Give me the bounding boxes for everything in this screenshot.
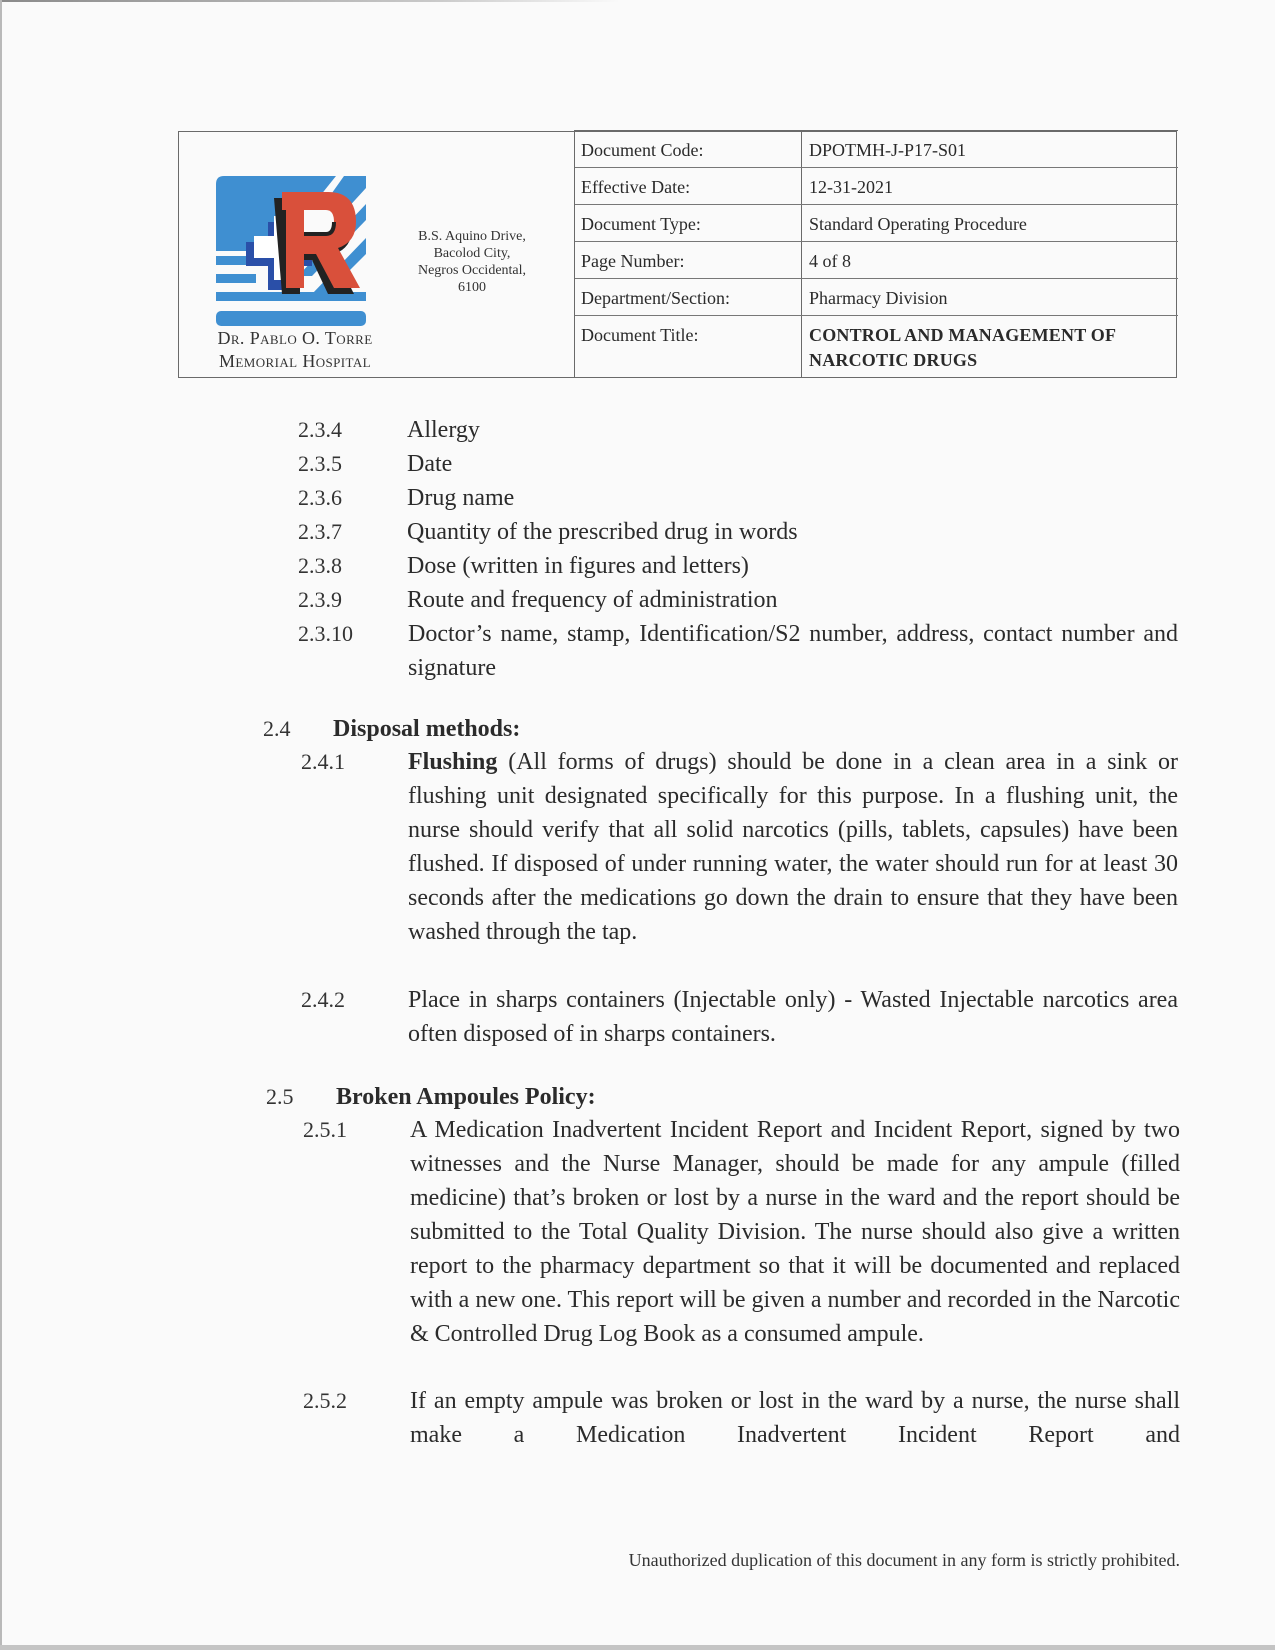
hospital-name: Dr. Pablo O. Torre Memorial Hospital xyxy=(185,327,405,373)
item-number: 2.3.6 xyxy=(298,481,342,515)
paragraph-text: (All forms of drugs) should be done in a… xyxy=(408,749,1178,945)
paragraph-sharps: Place in sharps containers (Injectable o… xyxy=(408,983,1178,1051)
section-number: 2.5 xyxy=(266,1080,294,1114)
meta-label: Document Code: xyxy=(575,131,802,167)
paragraph-flushing: Flushing (All forms of drugs) should be … xyxy=(408,745,1178,949)
item-number: 2.3.8 xyxy=(298,549,342,583)
meta-row-document-type: Document Type: Standard Operating Proced… xyxy=(575,205,1178,242)
meta-row-document-title: Document Title: CONTROL AND MANAGEMENT O… xyxy=(575,316,1178,378)
meta-value: 12-31-2021 xyxy=(802,168,1178,204)
meta-row-document-code: Document Code: DPOTMH-J-P17-S01 xyxy=(575,130,1178,168)
list-item: Quantity of the prescribed drug in words xyxy=(407,515,798,549)
section-heading: Broken Ampoules Policy: xyxy=(336,1080,596,1114)
list-item: Doctor’s name, stamp, Identification/S2 … xyxy=(408,617,1178,685)
paragraph-lead: Flushing xyxy=(408,749,497,775)
list-item: Route and frequency of administration xyxy=(407,583,778,617)
list-item: Dose (written in figures and letters) xyxy=(407,549,749,583)
item-number: 2.3.4 xyxy=(298,413,342,447)
meta-row-department: Department/Section: Pharmacy Division xyxy=(575,279,1178,316)
scan-edge-bottom xyxy=(0,1645,1275,1650)
list-item: Allergy xyxy=(407,413,480,447)
meta-value: Pharmacy Division xyxy=(802,279,1178,315)
meta-label: Department/Section: xyxy=(575,279,802,315)
section-number: 2.4 xyxy=(263,712,291,746)
scan-edge-top xyxy=(0,0,620,2)
meta-row-effective-date: Effective Date: 12-31-2021 xyxy=(575,168,1178,205)
item-number: 2.3.10 xyxy=(298,617,353,651)
hospital-identity: Dr. Pablo O. Torre Memorial Hospital B.S… xyxy=(179,132,574,377)
list-item: Drug name xyxy=(407,481,514,515)
item-number: 2.5.2 xyxy=(303,1384,347,1418)
meta-value: Standard Operating Procedure xyxy=(802,205,1178,241)
meta-label: Page Number: xyxy=(575,242,802,278)
address-line: B.S. Aquino Drive, xyxy=(407,228,537,245)
item-number: 2.4.2 xyxy=(301,983,345,1017)
item-number: 2.3.7 xyxy=(298,515,342,549)
document-title: CONTROL AND MANAGEMENT OF NARCOTIC DRUGS xyxy=(802,316,1178,378)
list-item: Date xyxy=(407,447,452,481)
item-number: 2.4.1 xyxy=(301,745,345,779)
paragraph-broken-filled-ampule: A Medication Inadvertent Incident Report… xyxy=(410,1113,1180,1351)
document-header: Dr. Pablo O. Torre Memorial Hospital B.S… xyxy=(178,131,1177,378)
meta-label: Document Title: xyxy=(575,316,802,378)
item-number: 2.3.9 xyxy=(298,583,342,617)
meta-label: Document Type: xyxy=(575,205,802,241)
scan-edge-left xyxy=(0,0,2,1650)
item-number: 2.5.1 xyxy=(303,1113,347,1147)
hospital-logo-cross-r-icon xyxy=(216,176,371,326)
address-line: Negros Occidental, xyxy=(407,262,537,279)
document-metadata-table: Document Code: DPOTMH-J-P17-S01 Effectiv… xyxy=(574,130,1178,378)
address-line: Bacolod City, xyxy=(407,245,537,262)
item-number: 2.3.5 xyxy=(298,447,342,481)
hospital-name-line2: Memorial Hospital xyxy=(185,350,405,373)
meta-label: Effective Date: xyxy=(575,168,802,204)
hospital-name-line1: Dr. Pablo O. Torre xyxy=(185,327,405,350)
meta-value: DPOTMH-J-P17-S01 xyxy=(802,131,1178,167)
meta-row-page-number: Page Number: 4 of 8 xyxy=(575,242,1178,279)
meta-value: 4 of 8 xyxy=(802,242,1178,278)
paragraph-broken-empty-ampule: If an empty ampule was broken or lost in… xyxy=(410,1384,1180,1452)
section-heading: Disposal methods: xyxy=(333,712,520,746)
document-title-line1: CONTROL AND MANAGEMENT OF xyxy=(809,323,1178,348)
footer-notice: Unauthorized duplication of this documen… xyxy=(540,1550,1180,1571)
hospital-address: B.S. Aquino Drive, Bacolod City, Negros … xyxy=(407,228,537,296)
address-line: 6100 xyxy=(407,279,537,296)
document-title-line2: NARCOTIC DRUGS xyxy=(809,348,1178,373)
